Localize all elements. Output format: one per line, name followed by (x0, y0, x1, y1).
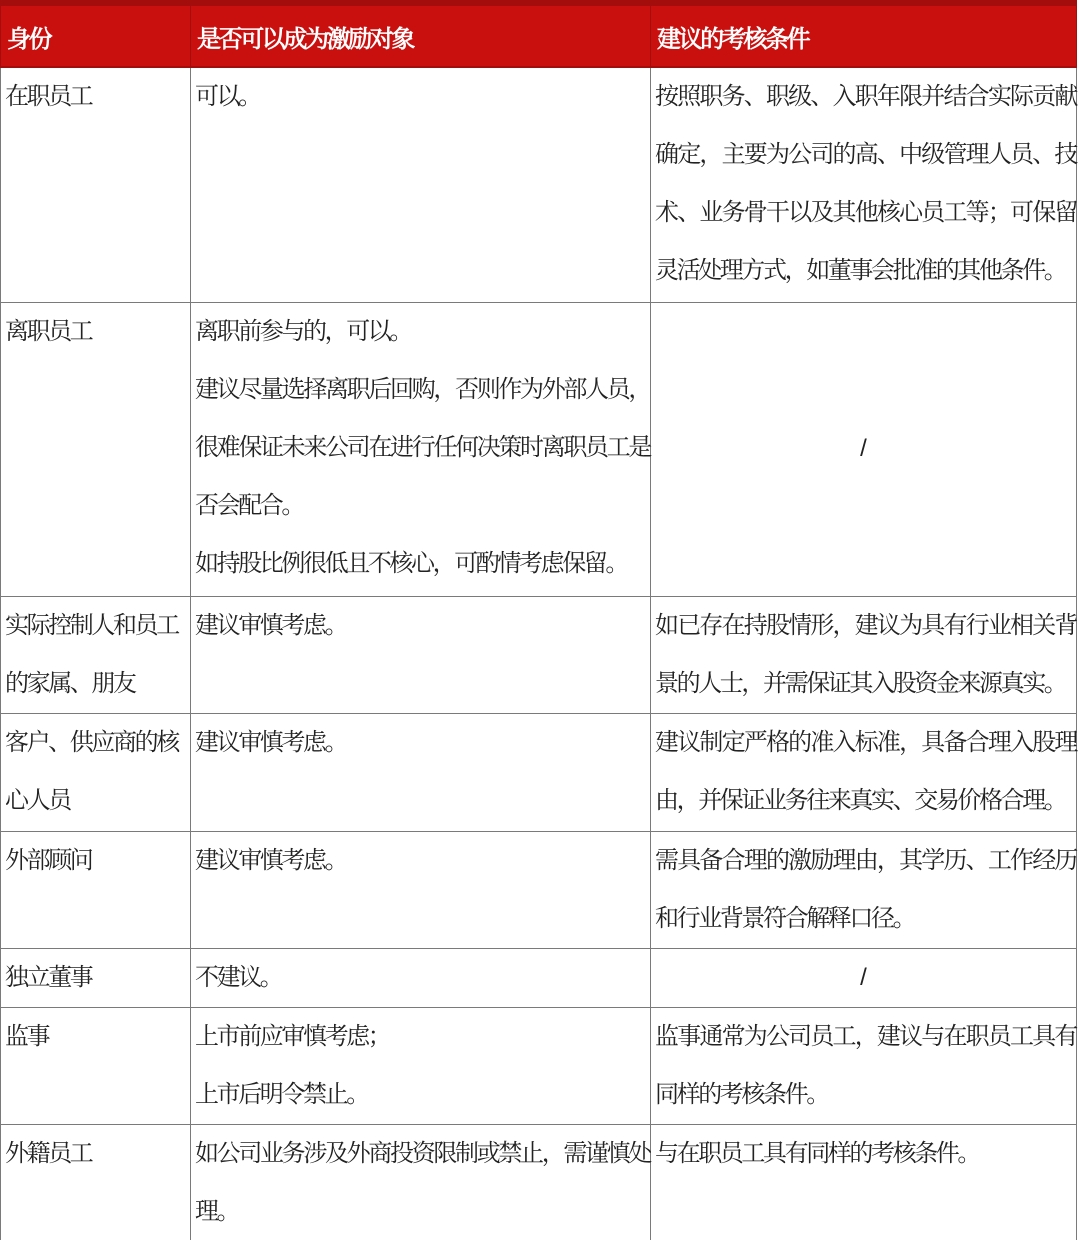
cell-text: 与在职员工具有同样的考核条件。 (655, 1125, 1076, 1183)
cell-eligibility: 建议审慎考虑。 (191, 596, 651, 713)
column-header-criteria: 建议的考核条件 (651, 3, 1077, 67)
cell-eligibility: 建议审慎考虑。 (191, 713, 651, 831)
cell-text: 外部顾问 (5, 832, 190, 890)
column-header-identity: 身份 (1, 3, 191, 67)
cell-text: / (651, 949, 1076, 1007)
cell-criteria: / (651, 948, 1077, 1007)
cell-identity: 离职员工 (1, 302, 191, 596)
cell-text: 实际控制人和员工的家属、朋友 (5, 597, 190, 713)
cell-criteria: / (651, 302, 1077, 596)
cell-eligibility: 上市前应审慎考虑；上市后明令禁止。 (191, 1007, 651, 1124)
cell-text: 在职员工 (5, 68, 190, 126)
cell-text: 如已存在持股情形，建议为具有行业相关背景的人士，并需保证其入股资金来源真实。 (655, 597, 1076, 713)
table-row: 客户、供应商的核心人员建议审慎考虑。建议制定严格的准入标准，具备合理入股理由，并… (1, 713, 1077, 831)
cell-text: / (651, 420, 1076, 478)
cell-criteria: 建议制定严格的准入标准，具备合理入股理由，并保证业务往来真实、交易价格合理。 (651, 713, 1077, 831)
cell-text: 监事 (5, 1008, 190, 1066)
cell-text: 上市后明令禁止。 (195, 1066, 650, 1124)
cell-text: 建议尽量选择离职后回购，否则作为外部人员，很难保证未来公司在进行任何决策时离职员… (195, 361, 650, 535)
table-row: 实际控制人和员工的家属、朋友建议审慎考虑。如已存在持股情形，建议为具有行业相关背… (1, 596, 1077, 713)
cell-text: 外籍员工 (5, 1125, 190, 1183)
cell-criteria: 按照职务、职级、入职年限并结合实际贡献确定，主要为公司的高、中级管理人员、技术、… (651, 67, 1077, 302)
table-row: 在职员工可以。按照职务、职级、入职年限并结合实际贡献确定，主要为公司的高、中级管… (1, 67, 1077, 302)
cell-identity: 外籍员工 (1, 1124, 191, 1240)
incentive-eligibility-table: 身份 是否可以成为激励对象 建议的考核条件 在职员工可以。按照职务、职级、入职年… (0, 0, 1077, 1240)
cell-text: 离职员工 (5, 303, 190, 361)
cell-text: 建议制定严格的准入标准，具备合理入股理由，并保证业务往来真实、交易价格合理。 (655, 714, 1076, 830)
cell-eligibility: 离职前参与的，可以。建议尽量选择离职后回购，否则作为外部人员，很难保证未来公司在… (191, 302, 651, 596)
table-body: 在职员工可以。按照职务、职级、入职年限并结合实际贡献确定，主要为公司的高、中级管… (1, 67, 1077, 1240)
cell-eligibility: 建议审慎考虑。 (191, 831, 651, 948)
cell-text: 建议审慎考虑。 (195, 832, 650, 890)
cell-eligibility: 不建议。 (191, 948, 651, 1007)
table-row: 外籍员工如公司业务涉及外商投资限制或禁止，需谨慎处理。与在职员工具有同样的考核条… (1, 1124, 1077, 1240)
header-row: 身份 是否可以成为激励对象 建议的考核条件 (1, 3, 1077, 67)
table-row: 外部顾问建议审慎考虑。需具备合理的激励理由，其学历、工作经历和行业背景符合解释口… (1, 831, 1077, 948)
cell-text: 如持股比例很低且不核心，可酌情考虑保留。 (195, 535, 650, 593)
cell-text: 离职前参与的，可以。 (195, 303, 650, 361)
cell-text: 可以。 (195, 68, 650, 126)
cell-identity: 客户、供应商的核心人员 (1, 713, 191, 831)
table-row: 独立董事不建议。/ (1, 948, 1077, 1007)
cell-eligibility: 可以。 (191, 67, 651, 302)
cell-text: 独立董事 (5, 949, 190, 1007)
cell-text: 建议审慎考虑。 (195, 714, 650, 772)
cell-identity: 在职员工 (1, 67, 191, 302)
cell-criteria: 与在职员工具有同样的考核条件。 (651, 1124, 1077, 1240)
table-row: 监事上市前应审慎考虑；上市后明令禁止。监事通常为公司员工，建议与在职员工具有同样… (1, 1007, 1077, 1124)
cell-criteria: 需具备合理的激励理由，其学历、工作经历和行业背景符合解释口径。 (651, 831, 1077, 948)
cell-identity: 外部顾问 (1, 831, 191, 948)
cell-identity: 监事 (1, 1007, 191, 1124)
column-header-eligibility: 是否可以成为激励对象 (191, 3, 651, 67)
cell-criteria: 如已存在持股情形，建议为具有行业相关背景的人士，并需保证其入股资金来源真实。 (651, 596, 1077, 713)
incentive-eligibility-table-container: 身份 是否可以成为激励对象 建议的考核条件 在职员工可以。按照职务、职级、入职年… (0, 0, 1076, 1240)
cell-text: 客户、供应商的核心人员 (5, 714, 190, 830)
cell-text: 如公司业务涉及外商投资限制或禁止，需谨慎处理。 (195, 1125, 650, 1240)
cell-identity: 独立董事 (1, 948, 191, 1007)
cell-text: 上市前应审慎考虑； (195, 1008, 650, 1066)
cell-text: 需具备合理的激励理由，其学历、工作经历和行业背景符合解释口径。 (655, 832, 1076, 948)
cell-criteria: 监事通常为公司员工，建议与在职员工具有同样的考核条件。 (651, 1007, 1077, 1124)
cell-identity: 实际控制人和员工的家属、朋友 (1, 596, 191, 713)
cell-text: 建议审慎考虑。 (195, 597, 650, 655)
table-row: 离职员工离职前参与的，可以。建议尽量选择离职后回购，否则作为外部人员，很难保证未… (1, 302, 1077, 596)
cell-eligibility: 如公司业务涉及外商投资限制或禁止，需谨慎处理。 (191, 1124, 651, 1240)
cell-text: 按照职务、职级、入职年限并结合实际贡献确定，主要为公司的高、中级管理人员、技术、… (655, 68, 1076, 300)
cell-text: 监事通常为公司员工，建议与在职员工具有同样的考核条件。 (655, 1008, 1076, 1124)
cell-text: 不建议。 (195, 949, 650, 1007)
page: { "colors": { "header_bg": "#C9100F", "h… (0, 0, 1080, 1240)
